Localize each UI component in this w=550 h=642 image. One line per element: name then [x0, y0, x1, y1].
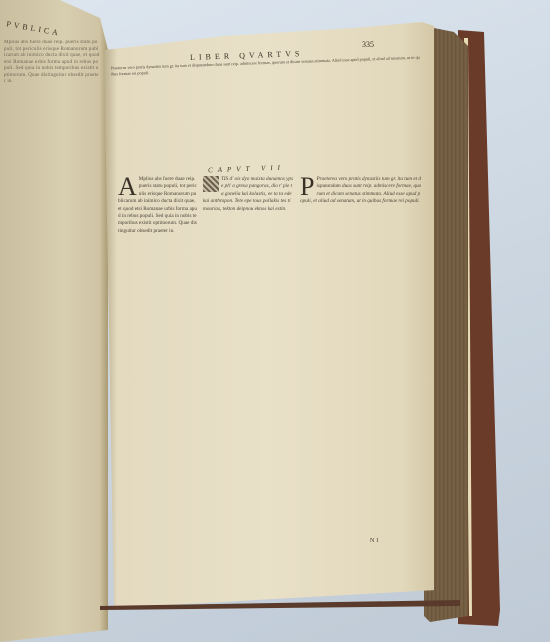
dropcap-a: A: [118, 176, 137, 198]
column-greek: TIS d' ois dyo maixta dunamos ypse ph' a…: [203, 176, 293, 548]
ornament-initial-icon: [203, 176, 219, 192]
top-text-block: Praeterea vero pratis dynastiis tum gr. …: [111, 55, 424, 146]
left-page-text: Mplius abs fuere duae reip. pueris statu…: [4, 40, 100, 470]
column-latin-left: A Mplius abs fuere duae reip. pueris sta…: [118, 176, 198, 548]
column-latin-right: P Praeterea vero pratis dynastiis tum gr…: [300, 176, 422, 548]
column3-text: Praeterea vero pratis dynastiis tum gr. …: [300, 176, 421, 204]
left-page: PVBLICA Mplius abs fuere duae reip. puer…: [0, 0, 108, 642]
folio-number: 335: [362, 40, 374, 49]
dropcap-p: P: [300, 176, 314, 198]
signature-mark: N 1: [370, 538, 379, 544]
left-running-head: PVBLICA: [6, 19, 62, 37]
